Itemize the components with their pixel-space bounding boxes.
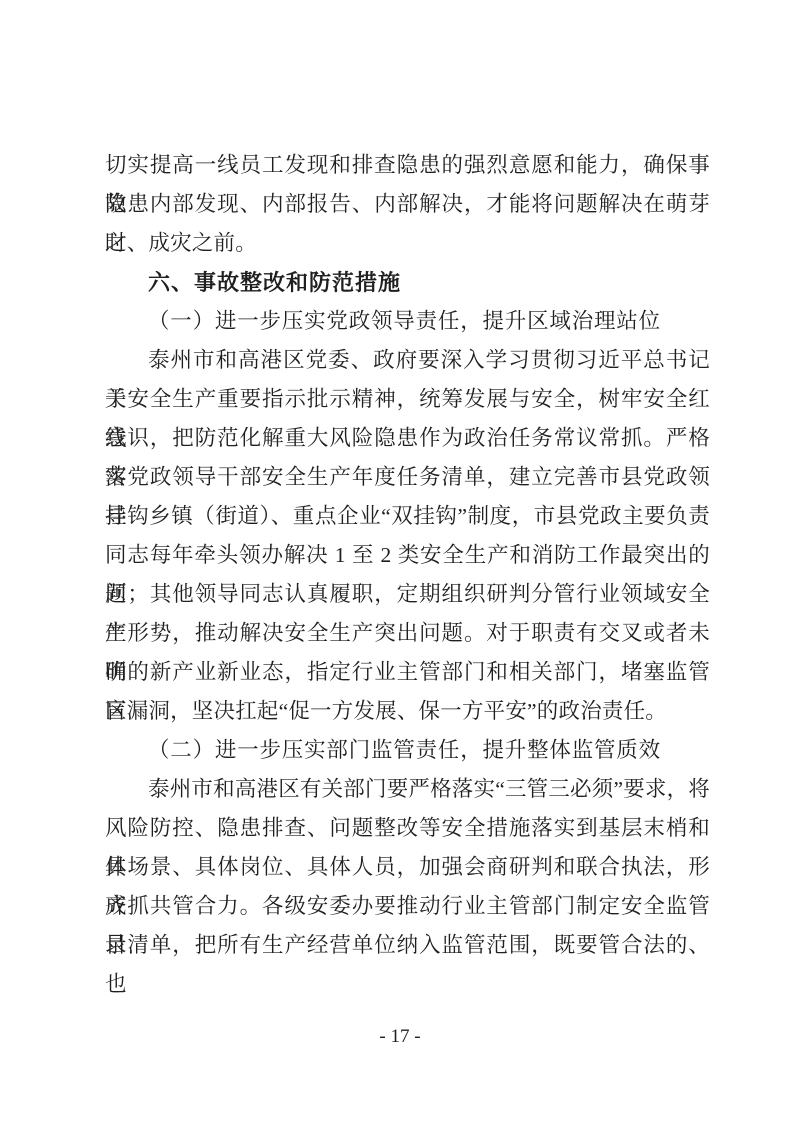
- text-line: 齐抓共管合力。各级安委办要推动行业主管部门制定安全监管目: [105, 887, 710, 926]
- text-line: 时、成灾之前。: [105, 224, 710, 263]
- page-number: - 17 -: [0, 1024, 800, 1050]
- text-line: 挂钩乡镇（街道）、重点企业“双挂钩”制度，市县党政主要负责: [105, 497, 710, 536]
- subsection-heading-2: （二）进一步压实部门监管责任，提升整体监管质效: [105, 731, 710, 770]
- text-line: 于安全生产重要指示批示精神，统筹发展与安全，树牢安全红线: [105, 380, 710, 419]
- text-line: 录清单，把所有生产经营单位纳入监管范围，既要管合法的、也: [105, 926, 710, 965]
- text-line: 泰州市和高港区有关部门要严格落实“三管三必须”要求，将: [105, 770, 710, 809]
- text-line: 隐患内部发现、内部报告、内部解决，才能将问题解决在萌芽之: [105, 185, 710, 224]
- text-line: 同志每年牵头领办解决 1 至 2 类安全生产和消防工作最突出的问: [105, 536, 710, 575]
- section-heading: 六、事故整改和防范措施: [105, 263, 710, 302]
- text-line: 意识，把防范化解重大风险隐患作为政治任务常议常抓。严格落: [105, 419, 710, 458]
- text-line: 题；其他领导同志认真履职，定期组织研判分管行业领域安全生: [105, 575, 710, 614]
- text-line: 风险防控、隐患排查、问题整改等安全措施落实到基层末梢和具: [105, 809, 710, 848]
- text-line: 体场景、具体岗位、具体人员，加强会商研判和联合执法，形成: [105, 848, 710, 887]
- text-line: 泰州市和高港区党委、政府要深入学习贯彻习近平总书记关: [105, 341, 710, 380]
- subsection-heading-1: （一）进一步压实党政领导责任，提升区域治理站位: [105, 302, 710, 341]
- document-page: 切实提高一线员工发现和排查隐患的强烈意愿和能力，确保事故 隐患内部发现、内部报告…: [0, 0, 800, 1131]
- document-body: 切实提高一线员工发现和排查隐患的强烈意愿和能力，确保事故 隐患内部发现、内部报告…: [105, 146, 710, 965]
- text-line: 切实提高一线员工发现和排查隐患的强烈意愿和能力，确保事故: [105, 146, 710, 185]
- text-line: 确的新产业新业态，指定行业主管部门和相关部门，堵塞监管盲: [105, 653, 710, 692]
- text-line: 产形势，推动解决安全生产突出问题。对于职责有交叉或者未明: [105, 614, 710, 653]
- text-line: 实党政领导干部安全生产年度任务清单，建立完善市县党政领导: [105, 458, 710, 497]
- text-line: 区漏洞，坚决扛起“促一方发展、保一方平安”的政治责任。: [105, 692, 710, 731]
